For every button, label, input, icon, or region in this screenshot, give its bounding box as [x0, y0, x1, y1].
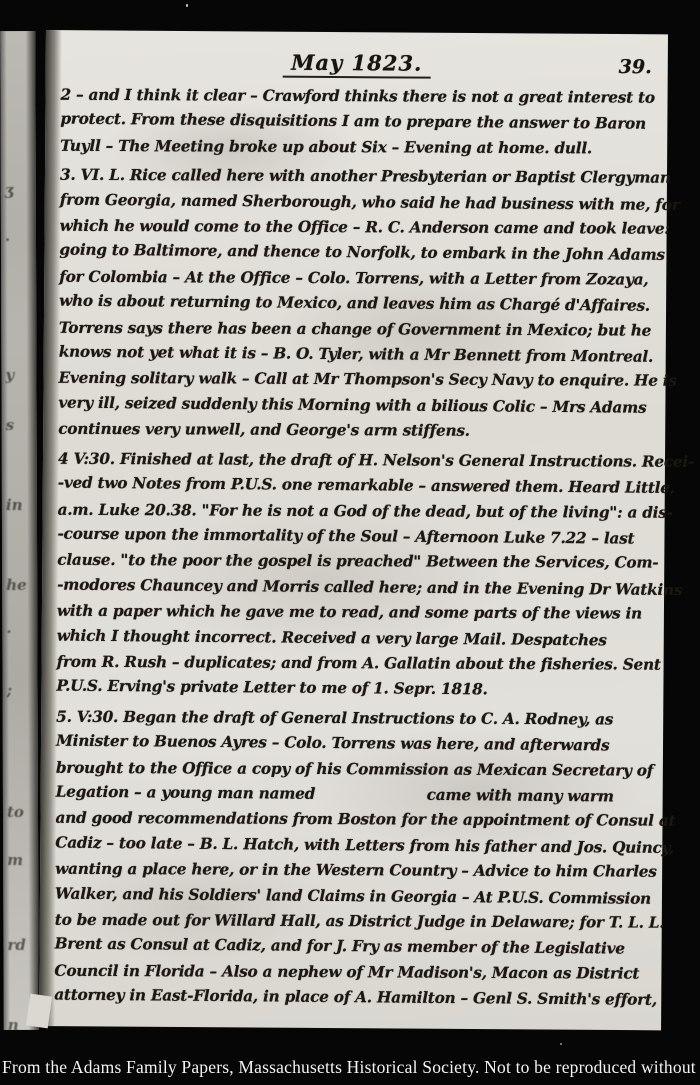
manuscript-line: with a paper which he gave me to read, a… [57, 599, 656, 627]
left-edge-fragment: s [6, 416, 36, 434]
paper-speck [560, 1043, 562, 1045]
left-edge-fragment: rd [7, 936, 37, 954]
facing-page-edge: ʒ·ysinhe·;tomrdn [0, 31, 38, 1030]
manuscript-line: Minister to Buenos Ayres – Colo. Torrens… [56, 729, 655, 760]
left-edge-fragment: in [6, 496, 36, 514]
manuscript-line: clause. "to the poor the gospel is preac… [57, 548, 656, 576]
diary-entry-may-3: 3. VI. L. Rice called here with another … [58, 162, 659, 446]
date-heading: May 1823. [283, 50, 430, 79]
diary-entry-may-4: 4 V:30. Finished at last, the draft of H… [56, 446, 657, 704]
photo-caption: From the Adams Family Papers, Massachuse… [2, 1057, 700, 1078]
manuscript-line: wanting a place here, or in the Western … [55, 857, 654, 885]
left-edge-fragment: m [7, 851, 37, 869]
manuscript-line: which I thought incorrect. Received a ve… [57, 623, 656, 654]
paper-speck [186, 4, 188, 7]
heading-row: May 1823. [46, 48, 668, 80]
manuscript-line: Tuyll – The Meeting broke up about Six –… [60, 134, 659, 162]
manuscript-line: attorney in East-Florida, in place of A.… [54, 983, 653, 1014]
manuscript-line: and good recommendations from Boston for… [55, 806, 654, 834]
left-edge-fragment: ʒ [5, 181, 35, 199]
left-edge-fragment: ; [7, 681, 37, 699]
left-edge-fragment: y [5, 366, 35, 384]
manuscript-line: P.U.S. Erving's private Letter to me of … [56, 674, 655, 705]
diary-entry-may-5: 5. V:30. Began the draft of General Inst… [54, 704, 655, 1013]
page-number: 39. [619, 56, 652, 78]
manuscript-line: continues very unwell, and George's arm … [58, 417, 657, 445]
left-edge-fragment: · [5, 231, 35, 249]
facing-page-corner [26, 994, 52, 1029]
manuscript-line: Evening solitary walk – Call at Mr Thomp… [59, 366, 658, 394]
manuscript-line: 3. VI. L. Rice called here with another … [60, 163, 659, 191]
manuscript-line: who is about returning to Mexico, and le… [59, 289, 658, 320]
manuscript-line: -ved two Notes from P.U.S. one remarkabl… [58, 471, 657, 502]
left-edge-fragment: he [6, 576, 36, 594]
left-edge-fragment: · [6, 623, 36, 641]
diary-entry-may-2: 2 – and I think it clear – Crawford thin… [60, 82, 660, 162]
manuscript-line: going to Baltimore, and thence to Norfol… [59, 238, 658, 269]
diary-text-block: 2 – and I think it clear – Crawford thin… [54, 82, 659, 1017]
manuscript-line: a.m. Luke 20.38. "For he is not a God of… [58, 497, 657, 525]
left-edge-fragment: to [7, 803, 37, 821]
manuscript-line: protect. From these disquisitions I am t… [60, 107, 659, 138]
manuscript-page: May 1823. 39. 2 – and I think it clear –… [39, 30, 668, 1030]
manuscript-line: Brent as Consul at Cadiz, and for J. Fry… [55, 932, 654, 963]
